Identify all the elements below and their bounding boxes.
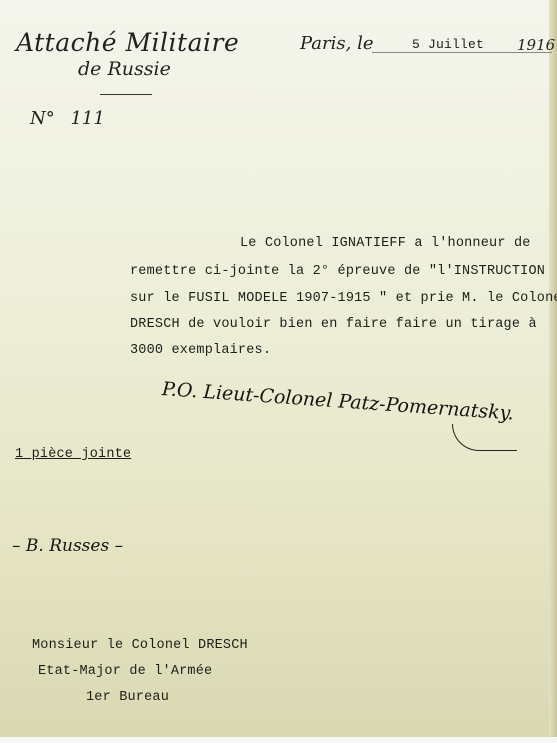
dateline-year: 1916 [517,36,555,54]
signature: P.O. Lieut-Colonel Patz-Pomernatsky. [161,378,514,425]
recipient-line: 1er Bureau [86,690,169,705]
signature-flourish [452,424,517,451]
letterhead-subtitle: de Russie [78,58,171,80]
paper-edge-bottom [0,737,557,743]
reference-number: N° 111 [30,108,105,129]
body-line: 3000 exemplaires. [130,343,271,358]
enclosure-note: 1 pièce jointe [15,447,131,462]
body-line: Le Colonel IGNATIEFF a l'honneur de [240,236,531,251]
recipient-line: Etat-Major de l'Armée [38,664,212,679]
body-line: DRESCH de vouloir bien en faire faire un… [130,317,537,332]
body-line: sur le FUSIL MODELE 1907-1915 " et prie … [130,291,557,306]
recipient-line: Monsieur le Colonel DRESCH [32,638,248,653]
reference-value: 111 [70,108,104,129]
dateline-date: 5 Juillet [412,37,484,52]
letterhead-divider [100,94,152,95]
handwritten-note: – B. Russes – [12,536,123,556]
paper-edge-right [549,0,557,743]
letterhead-title: Attaché Militaire [16,28,239,57]
dateline-place: Paris, le [300,33,374,54]
body-line: remettre ci-jointe la 2° épreuve de "l'I… [130,264,545,279]
reference-label: N° [30,108,55,129]
